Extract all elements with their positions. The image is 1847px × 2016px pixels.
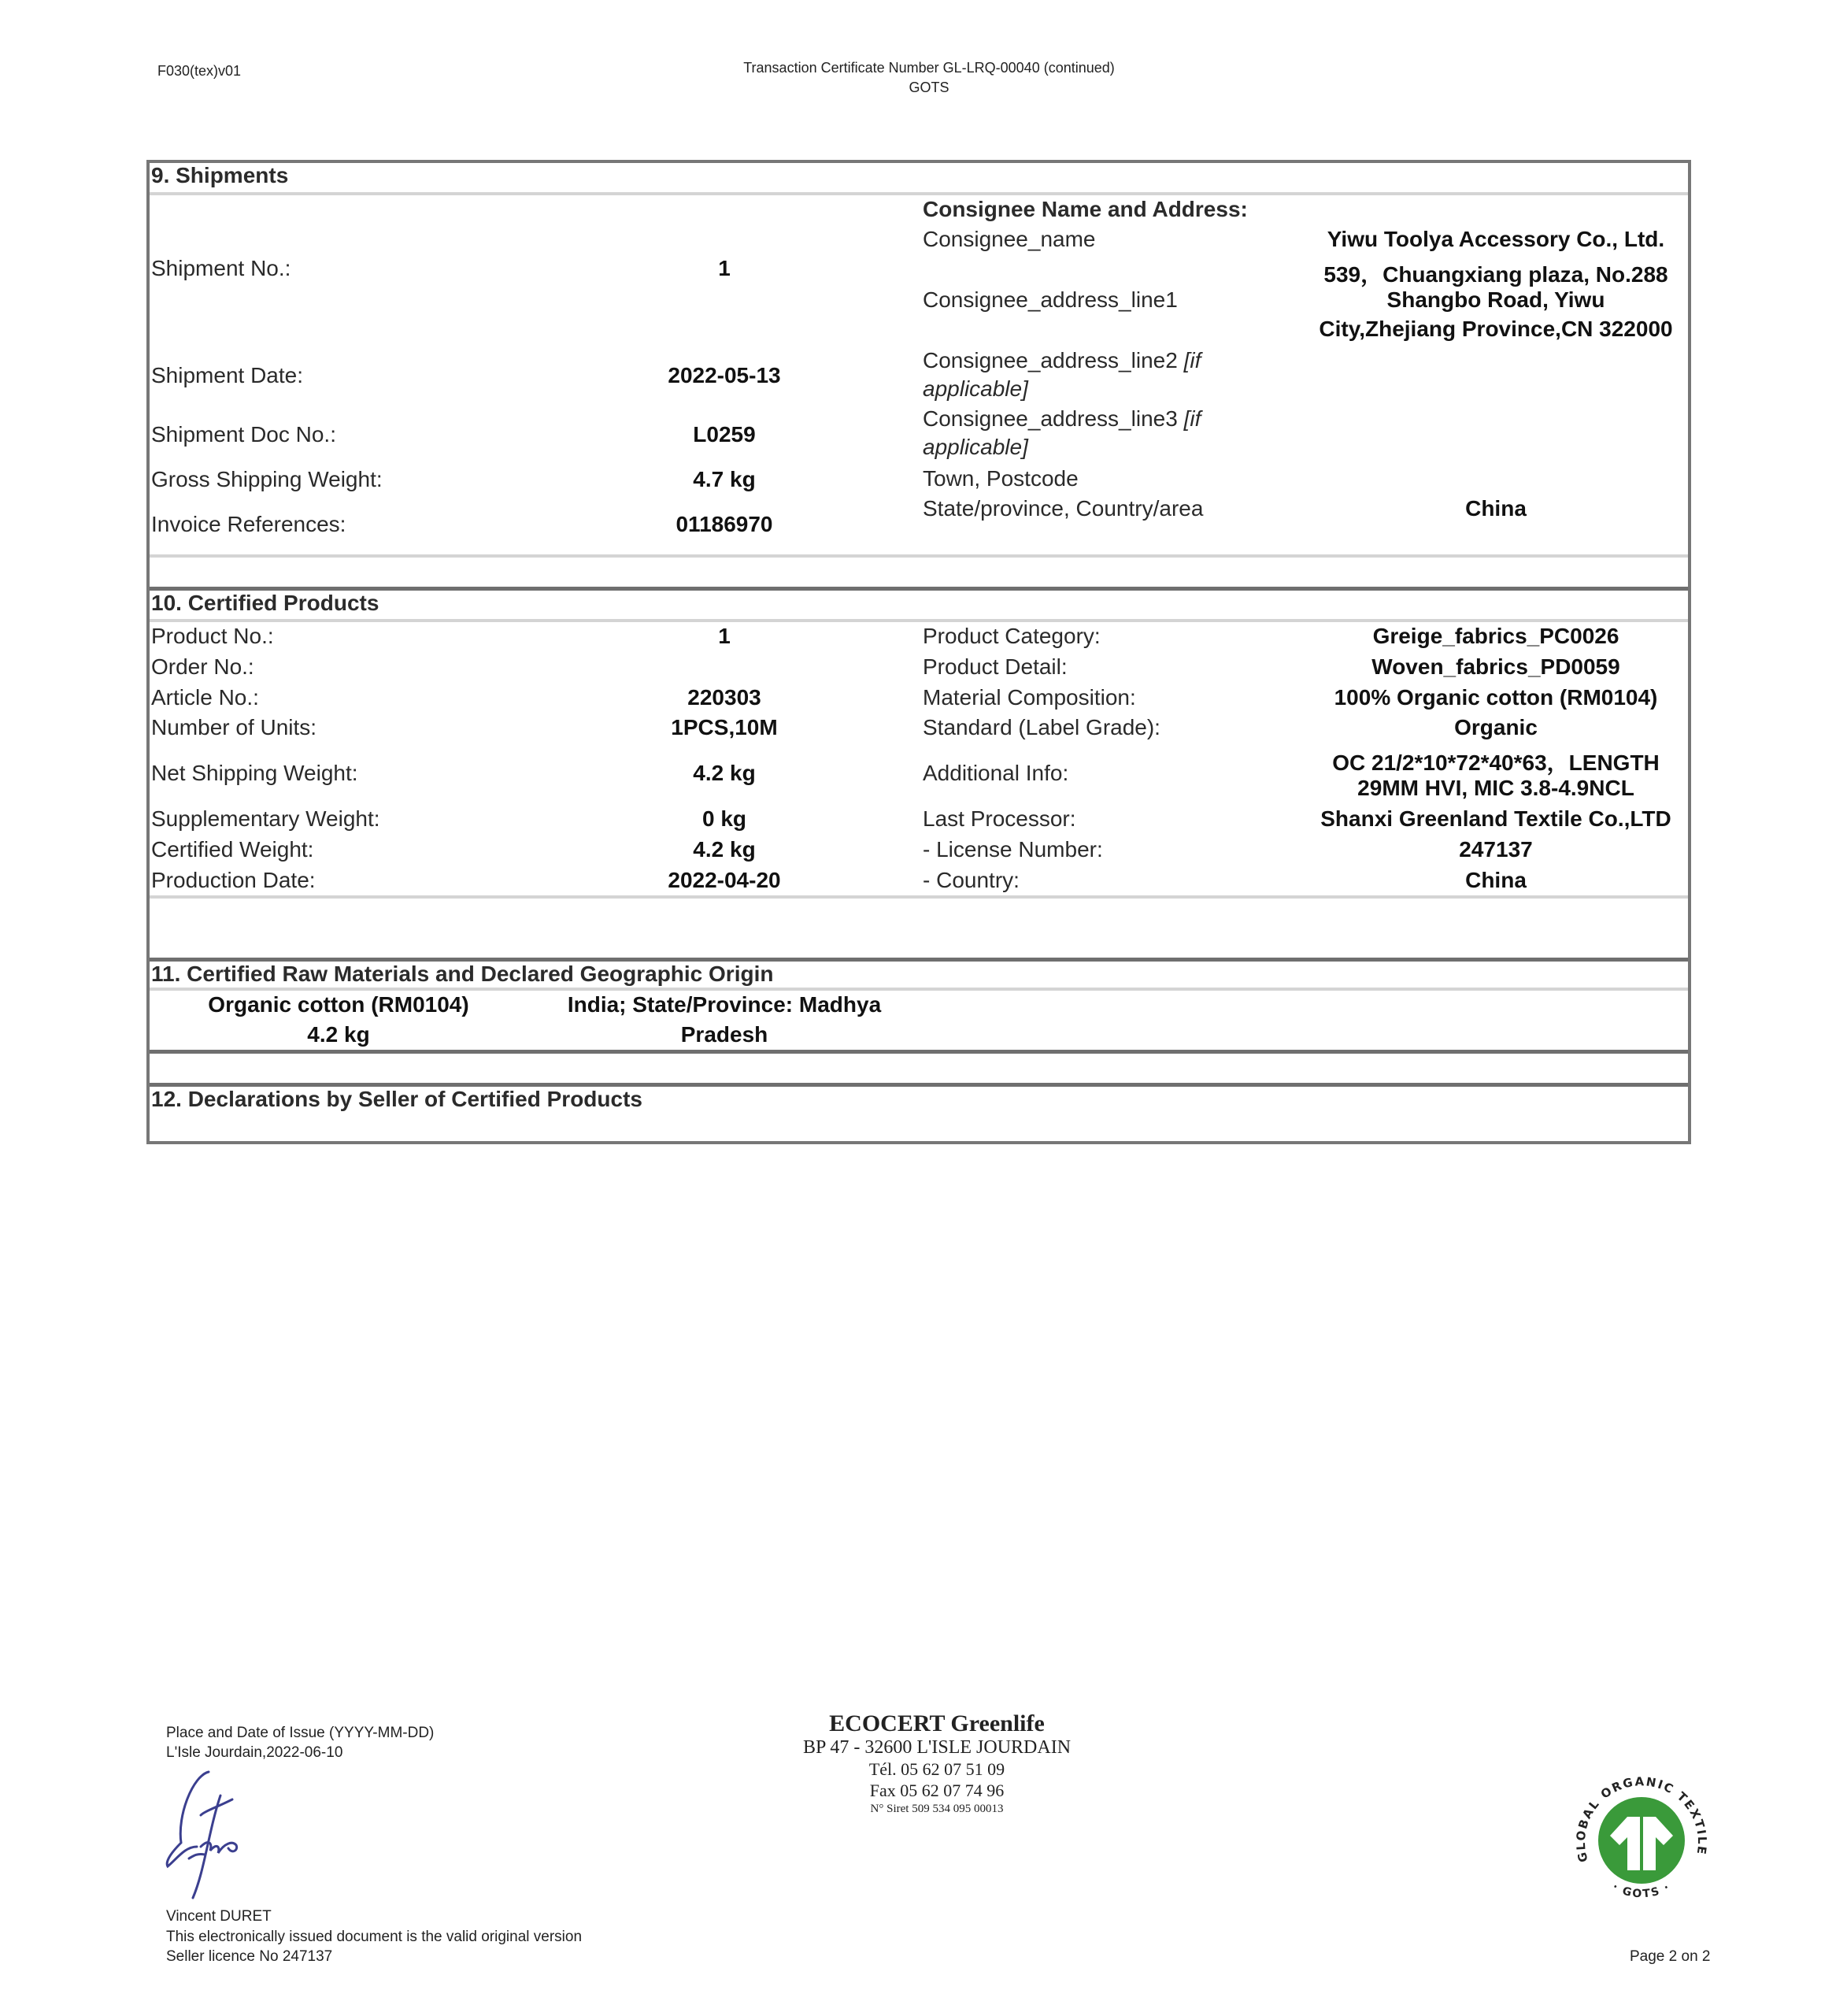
signature-icon — [161, 1768, 272, 1902]
divider — [150, 895, 1688, 899]
product-field-label: Order No.: — [151, 654, 254, 680]
product-detail-label: Product Detail: — [923, 654, 1068, 680]
product-detail-label: - License Number: — [923, 837, 1103, 862]
product-detail-label: Standard (Label Grade): — [923, 715, 1160, 740]
product-field-value: 1 — [567, 624, 882, 649]
form-code: F030(tex)v01 — [157, 63, 241, 80]
state-country-label: State/province, Country/area — [923, 496, 1203, 521]
product-detail-value: Organic — [1299, 715, 1693, 740]
town-postcode-label: Town, Postcode — [923, 466, 1079, 491]
consignee-address1-line: 539，Chuangxiang plaza, No.288 — [1299, 258, 1693, 289]
consignee-address3-note: [if — [1184, 406, 1201, 431]
certificate-title: Transaction Certificate Number GL-LRQ-00… — [614, 60, 1244, 76]
product-detail-label: - Country: — [923, 868, 1020, 893]
shipment-doc-value: L0259 — [567, 422, 882, 447]
stamp-phone: Tél. 05 62 07 51 09 — [795, 1759, 1079, 1780]
product-field-label: Product No.: — [151, 624, 274, 649]
consignee-address1-line: City,Zhejiang Province,CN 322000 — [1299, 317, 1693, 342]
section-12-title: 12. Declarations by Seller of Certified … — [151, 1087, 642, 1112]
product-field-value: 1PCS,10M — [567, 715, 882, 740]
gots-logo-icon: GLOBAL ORGANIC TEXTILE STANDARD · GOTS · — [1571, 1768, 1712, 1910]
product-detail-value: Woven_fabrics_PD0059 — [1299, 654, 1693, 680]
seller-licence: Seller licence No 247137 — [166, 1948, 332, 1966]
stamp-address: BP 47 - 32600 L'ISLE JOURDAIN — [795, 1737, 1079, 1758]
section-10-title: 10. Certified Products — [151, 591, 379, 616]
consignee-address2-note: [if — [1184, 348, 1201, 372]
place-date-value: L'Isle Jourdain,2022-06-10 — [166, 1744, 342, 1762]
divider — [150, 554, 1688, 558]
shipment-doc-label: Shipment Doc No.: — [151, 422, 336, 447]
product-field-value: 0 kg — [567, 806, 882, 832]
product-detail-label: Product Category: — [923, 624, 1101, 649]
product-field-label: Supplementary Weight: — [151, 806, 380, 832]
product-field-value: 220303 — [567, 685, 882, 710]
product-detail-value: 100% Organic cotton (RM0104) — [1299, 685, 1693, 710]
product-detail-label: Material Composition: — [923, 685, 1136, 710]
raw-material-weight: 4.2 kg — [181, 1022, 496, 1047]
consignee-name-label: Consignee_name — [923, 227, 1096, 252]
stamp-company: ECOCERT Greenlife — [795, 1710, 1079, 1737]
product-detail-value: China — [1299, 868, 1693, 893]
stamp-siret: N° Siret 509 534 095 00013 — [795, 1803, 1079, 1816]
product-detail-value: Shanxi Greenland Textile Co.,LTD — [1299, 806, 1693, 832]
validity-note: This electronically issued document is t… — [166, 1929, 582, 1946]
consignee-address2-text: Consignee_address_line2 — [923, 348, 1178, 372]
state-country-value: China — [1299, 496, 1693, 521]
product-field-label: Net Shipping Weight: — [151, 761, 358, 786]
product-field-label: Number of Units: — [151, 715, 316, 740]
consignee-address1-label: Consignee_address_line1 — [923, 287, 1178, 313]
gross-weight-label: Gross Shipping Weight: — [151, 467, 383, 492]
divider — [150, 619, 1688, 622]
consignee-address2-note-cont: applicable] — [923, 376, 1028, 402]
gross-weight-value: 4.7 kg — [567, 467, 882, 492]
consignee-address3-note-cont: applicable] — [923, 435, 1028, 460]
product-detail-value: 247137 — [1299, 837, 1693, 862]
shipment-date-label: Shipment Date: — [151, 363, 303, 388]
raw-material-origin-cont: Pradesh — [527, 1022, 921, 1047]
page-number: Page 2 on 2 — [1630, 1948, 1710, 1966]
shipment-no-value: 1 — [567, 256, 882, 281]
signatory-name: Vincent DURET — [166, 1908, 272, 1925]
product-field-value: 2022-04-20 — [567, 868, 882, 893]
raw-material-name: Organic cotton (RM0104) — [181, 992, 496, 1017]
invoice-ref-value: 01186970 — [567, 512, 882, 537]
product-detail-value: Greige_fabrics_PC0026 — [1299, 624, 1693, 649]
invoice-ref-label: Invoice References: — [151, 512, 346, 537]
product-detail-label: Additional Info: — [923, 761, 1068, 786]
product-field-label: Article No.: — [151, 685, 259, 710]
product-detail-label: Last Processor: — [923, 806, 1076, 832]
raw-material-origin: India; State/Province: Madhya — [527, 992, 921, 1017]
consignee-address1-line: Shangbo Road, Yiwu — [1299, 287, 1693, 313]
divider — [150, 988, 1688, 991]
section-11-title: 11. Certified Raw Materials and Declared… — [151, 962, 773, 987]
consignee-address3-label: Consignee_address_line3 [if — [923, 406, 1201, 432]
consignee-heading: Consignee Name and Address: — [923, 197, 1248, 222]
consignee-address2-label: Consignee_address_line2 [if — [923, 348, 1201, 373]
shipment-date-value: 2022-05-13 — [567, 363, 882, 388]
place-date-label: Place and Date of Issue (YYYY-MM-DD) — [166, 1725, 434, 1742]
shipment-no-label: Shipment No.: — [151, 256, 291, 281]
consignee-name-value: Yiwu Toolya Accessory Co., Ltd. — [1299, 227, 1693, 252]
product-detail-value: 29MM HVI, MIC 3.8-4.9NCL — [1299, 776, 1693, 801]
section-border — [150, 587, 1688, 591]
certificate-standard: GOTS — [614, 80, 1244, 96]
product-field-value: 4.2 kg — [567, 761, 882, 786]
product-field-label: Certified Weight: — [151, 837, 313, 862]
product-detail-value: OC 21/2*10*72*40*63，LENGTH — [1299, 746, 1693, 777]
stamp-fax: Fax 05 62 07 74 96 — [795, 1781, 1079, 1801]
section-border — [150, 1050, 1688, 1054]
product-field-label: Production Date: — [151, 868, 316, 893]
product-field-value: 4.2 kg — [567, 837, 882, 862]
divider — [150, 192, 1688, 195]
consignee-address3-text: Consignee_address_line3 — [923, 406, 1178, 431]
section-9-title: 9. Shipments — [151, 163, 288, 188]
